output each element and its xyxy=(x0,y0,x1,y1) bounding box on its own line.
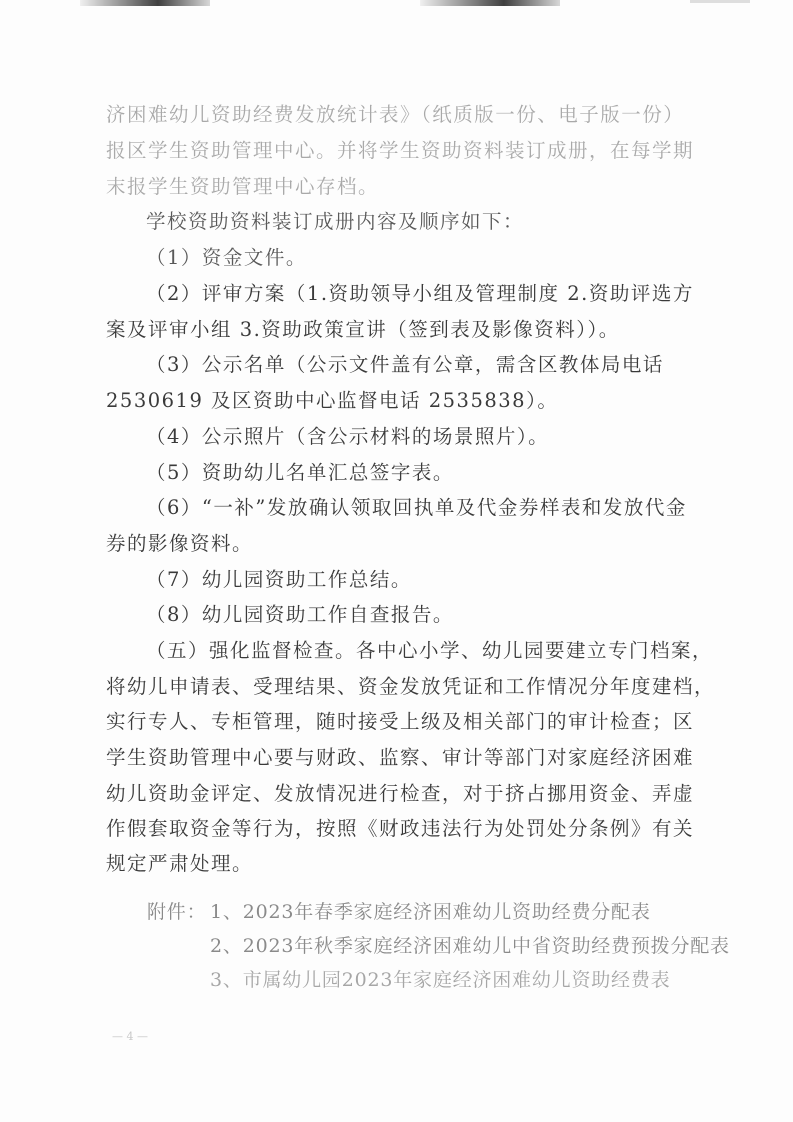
attachment-item: 1、2023年春季家庭经济困难幼儿资助经费分配表 xyxy=(210,900,651,924)
paragraph-line: 报区学生资助管理中心。并将学生资助资料装订成册，在每学期 xyxy=(106,139,706,163)
paragraph-line: 案及评审小组 3.资助政策宣讲（签到表及影像资料））。 xyxy=(106,318,706,342)
attachment-item: 2、2023年秋季家庭经济困难幼儿中省资助经费预拨分配表 xyxy=(210,934,730,958)
page-number: — 4 — xyxy=(112,1030,148,1043)
paragraph-line: 券的影像资料。 xyxy=(106,532,706,556)
paragraph-line: 2530619 及区资助中心监督电话 2535838）。 xyxy=(106,389,706,413)
paragraph-line: 规定严肃处理。 xyxy=(106,852,706,876)
paragraph-line: 济困难幼儿资助经费发放统计表》（纸质版一份、电子版一份） xyxy=(106,103,706,127)
scan-artifact xyxy=(690,0,750,3)
paragraph-line: 作假套取资金等行为，按照《财政违法行为处罚处分条例》有关 xyxy=(106,817,706,841)
attachment-item: 3、市属幼儿园2023年家庭经济困难幼儿资助经费表 xyxy=(210,968,670,992)
list-item: （4）公示照片（含公示材料的场景照片）。 xyxy=(146,425,746,449)
scan-artifact xyxy=(80,0,210,6)
list-item: （6）“一补”发放确认领取回执单及代金券样表和发放代金 xyxy=(146,496,746,520)
attachments-label: 附件： xyxy=(147,900,206,924)
list-item: （1）资金文件。 xyxy=(146,246,746,270)
paragraph-line: 实行专人、专柜管理，随时接受上级及相关部门的审计检查；区 xyxy=(106,710,706,734)
scan-artifact xyxy=(420,0,560,6)
list-item: （3）公示名单（公示文件盖有公章，需含区教体局电话 xyxy=(146,353,746,377)
paragraph-line: 学生资助管理中心要与财政、监察、审计等部门对家庭经济困难 xyxy=(106,746,706,770)
list-item: （7）幼儿园资助工作总结。 xyxy=(146,568,746,592)
paragraph-line: 将幼儿申请表、受理结果、资金发放凭证和工作情况分年度建档， xyxy=(106,675,706,699)
list-item: （5）资助幼儿名单汇总签字表。 xyxy=(146,461,746,485)
paragraph-line: 幼儿资助金评定、发放情况进行检查，对于挤占挪用资金、弄虚 xyxy=(106,782,706,806)
section-heading-line: （五）强化监督检查。各中心小学、幼儿园要建立专门档案， xyxy=(146,639,746,663)
paragraph-line: 末报学生资助管理中心存档。 xyxy=(106,175,706,199)
list-item: （2）评审方案（1.资助领导小组及管理制度 2.资助评选方 xyxy=(146,282,746,306)
paragraph-line: 学校资助资料装订成册内容及顺序如下： xyxy=(146,210,746,234)
list-item: （8）幼儿园资助工作自查报告。 xyxy=(146,603,746,627)
